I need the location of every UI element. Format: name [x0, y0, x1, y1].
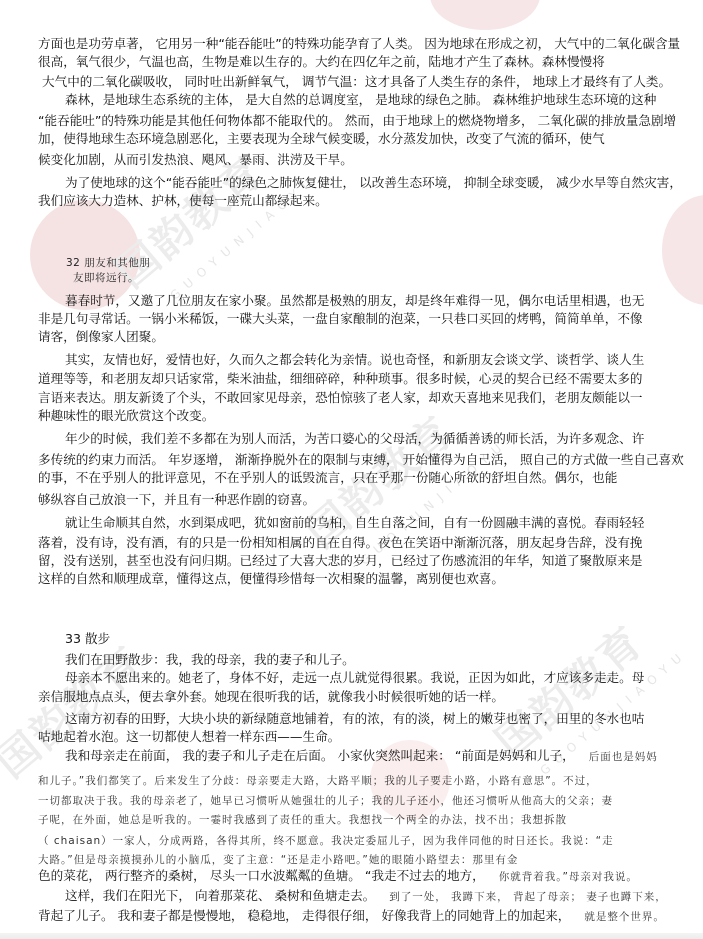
text-run-small: 就是整个世界。	[584, 911, 665, 923]
paragraph-line: 为了使地球的这个“能吞能吐”的绿色之肺恢复健壮， 以改善生态环境， 抑制全球变暖…	[65, 175, 682, 191]
section-heading-32-cont: 友即将远行。	[73, 270, 139, 286]
paragraph-line: 我们应该大力造林、护林，使每一座荒山都绿起来。	[38, 193, 328, 209]
text-run-small: 你就背着我。”母亲对我说。	[499, 871, 638, 883]
text-run: 这样，我们在阳光下， 向着那菜花、 桑树和鱼塘走去。	[65, 888, 375, 903]
paragraph-line: 我们在田野散步：我，我的母亲，我的妻子和儿子。	[65, 652, 355, 668]
page-bottom-edge	[0, 933, 703, 939]
paragraph-line: 候变化加剧，从而引发热浪、飓风、暴雨、洪涝及干旱。	[38, 152, 353, 168]
text-run: 背起了儿子。 我和妻子都是慢慢地， 稳稳地， 走得很仔细， 好像我背上的同她背上…	[38, 908, 570, 923]
paragraph-line: 多传统的约束力而活。 年岁逐增， 渐渐挣脱外在的限制与束缚， 开始懂得为自己活，…	[38, 452, 684, 468]
text-run: 色的菜花， 两行整齐的桑树， 尽头一口水波粼粼的鱼塘。 “我走不过去的地方，	[38, 868, 485, 883]
paragraph-line: 母亲本不愿出来的。她老了，身体不好，走远一点儿就觉得很累。我说，正因为如此，才应…	[65, 670, 644, 686]
paragraph-line: 请客，倒像家人团聚。	[38, 329, 164, 345]
text-run-small: 后面也是妈妈	[589, 751, 658, 763]
paragraph-line: 加，使得地球生态环境急剧恶化，主要表现为全球气候变暖，水分蒸发加快，改变了气流的…	[38, 131, 605, 147]
paragraph-line: “能吞能吐”的特殊功能是其他任何物体都不能取代的。 然而，由于地球上的燃烧物增多…	[38, 113, 676, 129]
paragraph-line: 这南方初春的田野，大块小块的新绿随意地铺着，有的浓，有的淡，树上的嫩芽也密了，田…	[65, 711, 644, 727]
paragraph-line: 咕地起着水泡。这一切都使人想着一样东西——生命。	[38, 729, 340, 745]
paragraph-line: 大气中的二氧化碳吸收， 同时吐出新鲜氧气， 调节气温：这才具备了人类生存的条件，…	[42, 74, 671, 90]
paragraph-line: 够纵容自己放浪一下，并且有一种恶作剧的窃喜。	[38, 492, 315, 508]
paragraph-line: 森林，是地球生态系统的主体， 是大自然的总调度室， 是地球的绿色之肺。 森林维护…	[65, 92, 656, 108]
paragraph-line: 言语来表达。朋友新烫了个头，不敢回家见母亲，恐怕惊骇了老人家，却欢天喜地来见我们…	[38, 390, 643, 406]
paragraph-line: 这样的自然和顺理成章，懂得这点，便懂得珍惜每一次相聚的温馨，离别便也欢喜。	[38, 571, 504, 587]
paragraph-line: 就让生命顺其自然，水到渠成吧，犹如窗前的乌桕，自生自落之间，自有一份圆融丰满的喜…	[65, 515, 644, 531]
paragraph-line: 亲信服地点点头，便去拿外套。她现在很听我的话，就像我小时候很听她的话一样。	[38, 689, 504, 705]
paragraph-line: 方面也是功劳卓著， 它用另一种“能吞能吐”的特殊功能孕育了人类。 因为地球在形成…	[38, 36, 680, 52]
paragraph-line-small: 大路。”但是母亲摸摸孙儿的小脑瓜，变了主意：“还是走小路吧。”她的眼随小路望去：…	[38, 852, 518, 868]
text-run: 我和母亲走在前面， 我的妻子和儿子走在后面。 小家伙突然叫起来： “前面是妈妈和…	[65, 748, 575, 763]
paragraph-line-small: 一切都取决于我。我的母亲老了，她早已习惯听从她强壮的儿子；我的儿子还小，他还习惯…	[38, 793, 613, 809]
paragraph-line: 种趣味性的眼光欣赏这个改变。	[38, 408, 214, 424]
watermark-logo-icon	[430, 0, 540, 30]
paragraph-line-small: （ chaisan）一家人，分成两路，各得其所，终不愿意。我决定委屈儿子，因为我…	[38, 833, 614, 849]
paragraph-line-small: 子呢，在外面，她总是听我的。一霎时我感到了责任的重大。我想找一个两全的办法，找不…	[38, 812, 567, 828]
paragraph-line: 道理等等，和老朋友却只话家常，柴米油盐，细细碎碎，种种琐事。很多时候，心灵的契合…	[38, 371, 643, 387]
paragraph-line: 的事，不在乎别人的批评意见，不在乎别人的诋毁流言，只在乎那一份随心所欲的舒坦自然…	[38, 470, 617, 486]
paragraph-line: 背起了儿子。 我和妻子都是慢慢地， 稳稳地， 走得很仔细， 好像我背上的同她背上…	[38, 908, 665, 925]
paragraph-line: 非是几句寻常话。一锅小米稀饭，一碟大头菜，一盘自家酿制的泡菜，一只巷口买回的烤鸭…	[38, 311, 643, 327]
text-run-small: 到了一处， 我蹲下来， 背起了母亲； 妻子也蹲下来，	[389, 891, 667, 903]
section-heading-33: 33 散步	[65, 631, 110, 647]
watermark-text: 国韵教育	[481, 610, 654, 769]
paragraph-line: 年少的时候，我们差不多都在为别人而活，为苦口婆心的父母活，为循循善诱的师长活，为…	[65, 431, 644, 447]
document-page: 国韵教育 GUOYUNJIAOYU 国韵教育 GUOYUNJIAOYU 国韵教育…	[0, 0, 703, 939]
paragraph-line: 留，没有送别，甚至也没有问归期。已经过了大喜大悲的岁月，已经过了伤感流泪的年华，…	[38, 553, 643, 569]
paragraph-line: 这样，我们在阳光下， 向着那菜花、 桑树和鱼塘走去。到了一处， 我蹲下来， 背起…	[65, 888, 667, 905]
section-heading-32: 32 朋友和其他朋	[66, 255, 150, 271]
paragraph-line: 落着，没有诗，没有酒，有的只是一份相知相属的自在自得。夜色在笑语中渐渐沉落，朋友…	[38, 535, 643, 551]
paragraph-line: 色的菜花， 两行整齐的桑树， 尽头一口水波粼粼的鱼塘。 “我走不过去的地方，你就…	[38, 868, 638, 885]
watermark-logo-icon	[662, 195, 703, 305]
paragraph-line: 很高，氧气很少，气温也高，生物是难以生存的。大约在四亿年之前，陆地才产生了森林。…	[38, 54, 605, 70]
paragraph-line: 其实，友情也好，爱情也好，久而久之都会转化为亲情。说也奇怪，和新朋友会谈文学、谈…	[65, 352, 644, 368]
paragraph-line: 我和母亲走在前面， 我的妻子和儿子走在后面。 小家伙突然叫起来： “前面是妈妈和…	[65, 748, 658, 765]
paragraph-line: 暮春时节，又邀了几位朋友在家小聚。虽然都是极熟的朋友，却是终年难得一见，偶尔电话…	[65, 293, 644, 309]
paragraph-line-small: 和儿子。”我们都笑了。后来发生了分歧：母亲要走大路，大路平顺；我的儿子要走小路，…	[38, 773, 598, 789]
